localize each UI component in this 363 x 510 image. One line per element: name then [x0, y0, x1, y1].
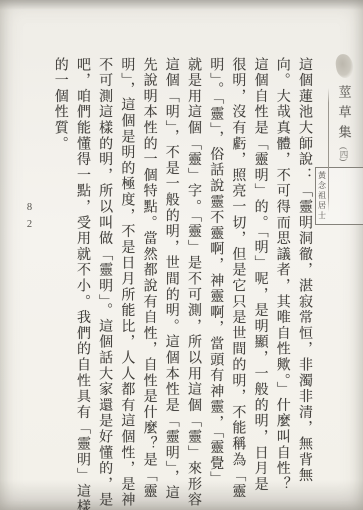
text-column-5: 明」。「靈」，俗話說靈不靈啊，神靈啊，當頭有神靈，「靈覺」 [204, 57, 226, 493]
page-number: 82 [24, 202, 35, 236]
text-column-4: 很明，沒有虧，照亮一切，但是它只是世間的明，不能稱為「靈 [226, 57, 248, 493]
text-column-1: 這個蓮池大師說：「靈明洞徹，湛寂常恒，非濁非清，無背無 [293, 57, 315, 493]
page-header: 莖草集 (四) 黃念祖居士 [330, 54, 358, 225]
text-column-12: 的一個性質。 [49, 57, 71, 493]
header-divider-line [328, 88, 329, 212]
text-column-10: 不可測這樣的明，所以叫做「靈明」。這個話大家還是好懂的，是 [93, 57, 115, 493]
main-text-block: 這個蓮池大師說：「靈明洞徹，湛寂常恒，非濁非清，無背無 向。大哉真體，不可得而思… [49, 57, 315, 493]
volume-label: (四) [338, 147, 350, 161]
text-column-6: 就是用這個「靈」字。「靈」是不可測，所以用這個「靈」來形容 [182, 57, 204, 493]
text-column-8: 先說明本性的一個特點。當然都說有自性，自性是什麼？是「靈 [137, 57, 159, 493]
book-title: 莖草集 [335, 85, 354, 145]
book-page: 莖草集 (四) 黃念祖居士 這個蓮池大師說：「靈明洞徹，湛寂常恒，非濁非清，無背… [0, 0, 363, 510]
author-box: 黃念祖居士 [315, 167, 363, 225]
text-column-11: 吧，咱們能懂得一點，受用就不小。我們的自性具有「靈明」這樣 [71, 57, 93, 493]
text-column-2: 向。大哉真體，不可得而思議者，其唯自性歟。」什麼叫自性？ [271, 57, 293, 493]
text-column-9: 明」，這個是明的極度，不是日月所能比，人人都有這個性，是神 [115, 57, 137, 493]
seal-stamp-icon [334, 53, 354, 79]
text-column-7: 這個「明」，不是一般的明，世間的明。這個本性是「靈明」，這 [160, 57, 182, 493]
author-name: 黃念祖居士 [317, 171, 328, 221]
text-column-3: 這個自性是「靈明」的。「明」呢，是明顯，一般的明，日月是 [248, 57, 270, 493]
